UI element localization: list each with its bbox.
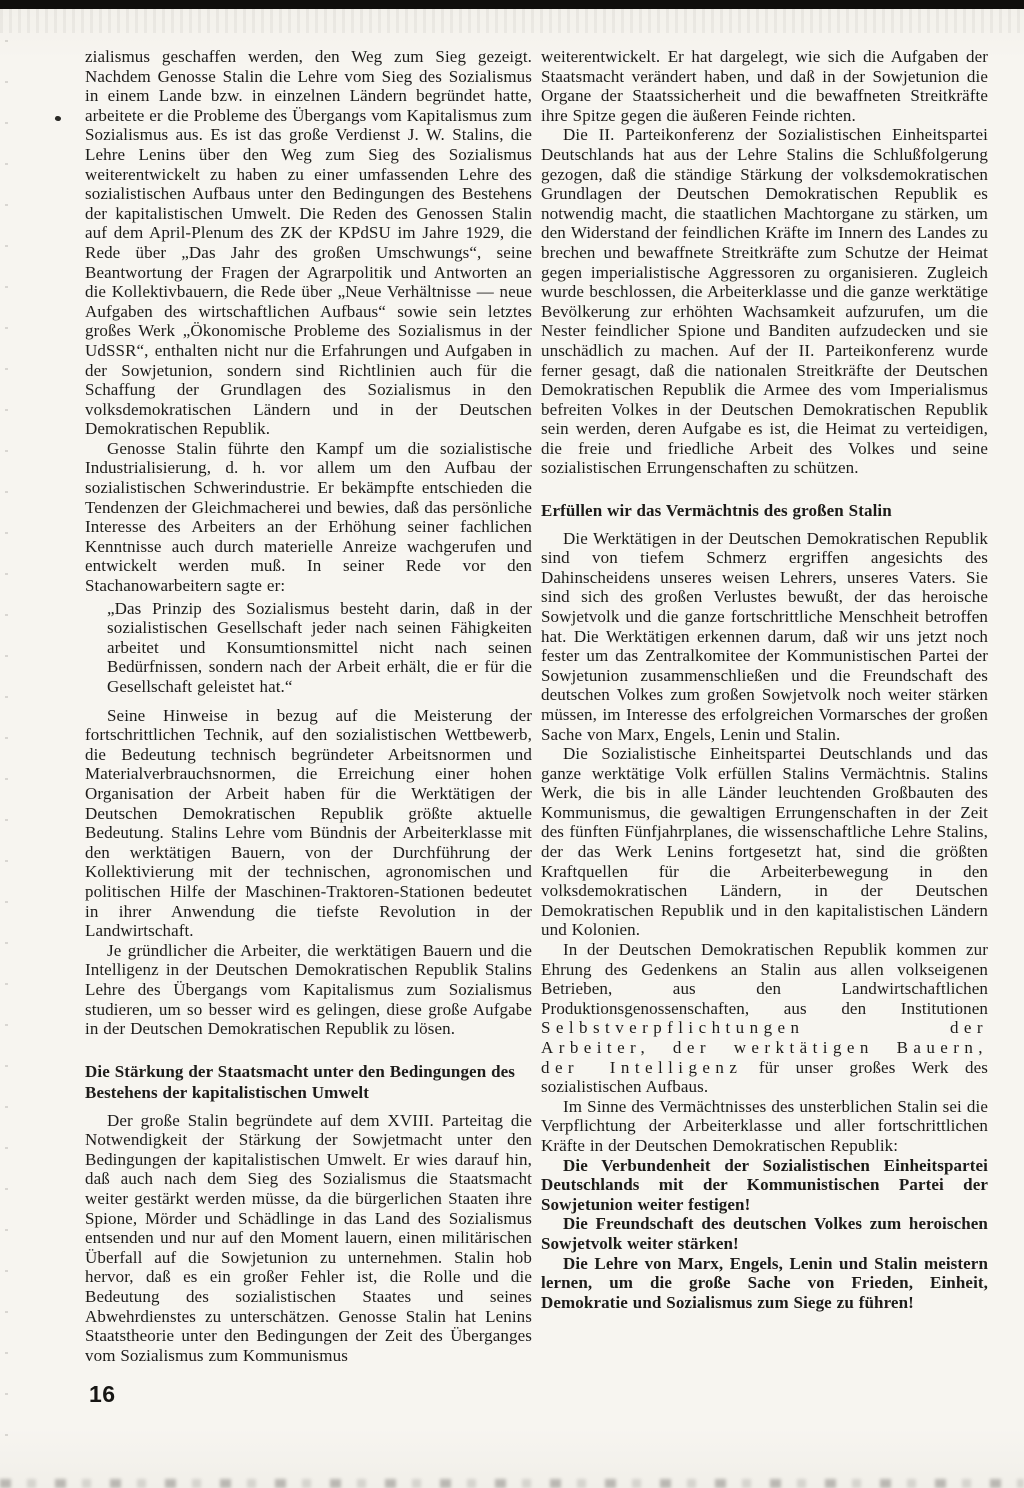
paragraph: Genosse Stalin führte den Kampf um die s… bbox=[85, 439, 532, 596]
scan-top-edge bbox=[0, 0, 1024, 9]
left-column: zialismus geschaffen werden, den Weg zum… bbox=[85, 47, 532, 1365]
paragraph-segment: In der Deutschen Demokratischen Republik… bbox=[541, 940, 988, 1018]
slogan-paragraph: Die Freundschaft des deutschen Volkes zu… bbox=[541, 1214, 988, 1253]
paragraph: Die II. Parteikonferenz der Sozialistisc… bbox=[541, 125, 988, 478]
paragraph: Im Sinne des Vermächtnisses des unsterbl… bbox=[541, 1097, 988, 1156]
paragraph: Seine Hinweise in bezug auf die Meisteru… bbox=[85, 706, 532, 941]
page-number: 16 bbox=[89, 1381, 116, 1408]
paragraph: Je gründlicher die Arbeiter, die werktät… bbox=[85, 941, 532, 1039]
slogan-paragraph: Die Verbundenheit der Sozialistischen Ei… bbox=[541, 1156, 988, 1215]
paragraph-continuation: weiterentwickelt. Er hat dargelegt, wie … bbox=[541, 47, 988, 125]
scan-margin-dot bbox=[54, 115, 61, 122]
paragraph: Die Sozialistische Einheitspartei Deutsc… bbox=[541, 744, 988, 940]
paragraph-continuation: zialismus geschaffen werden, den Weg zum… bbox=[85, 47, 532, 439]
scan-left-specks bbox=[5, 40, 8, 1440]
slogan-paragraph: Die Lehre von Marx, Engels, Lenin und St… bbox=[541, 1254, 988, 1313]
paragraph: Der große Stalin begründete auf dem XVII… bbox=[85, 1111, 532, 1366]
paragraph: Die Werktätigen in der Deutschen Demokra… bbox=[541, 529, 988, 745]
scan-top-fade bbox=[0, 9, 1024, 33]
right-column: weiterentwickelt. Er hat dargelegt, wie … bbox=[541, 47, 988, 1312]
quote-block: „Das Prinzip des Sozialismus besteht dar… bbox=[85, 599, 532, 697]
section-heading-vermaechtnis: Erfüllen wir das Vermächtnis des großen … bbox=[541, 500, 988, 522]
scan-bottom-noise bbox=[0, 1479, 1024, 1488]
section-heading-staatsmacht: Die Stärkung der Staatsmacht unter den B… bbox=[85, 1061, 532, 1104]
scanned-document-page: { "page": { "number": "16" }, "left_colu… bbox=[0, 0, 1024, 1488]
paragraph-with-letterspaced-emphasis: In der Deutschen Demokratischen Republik… bbox=[541, 940, 988, 1097]
